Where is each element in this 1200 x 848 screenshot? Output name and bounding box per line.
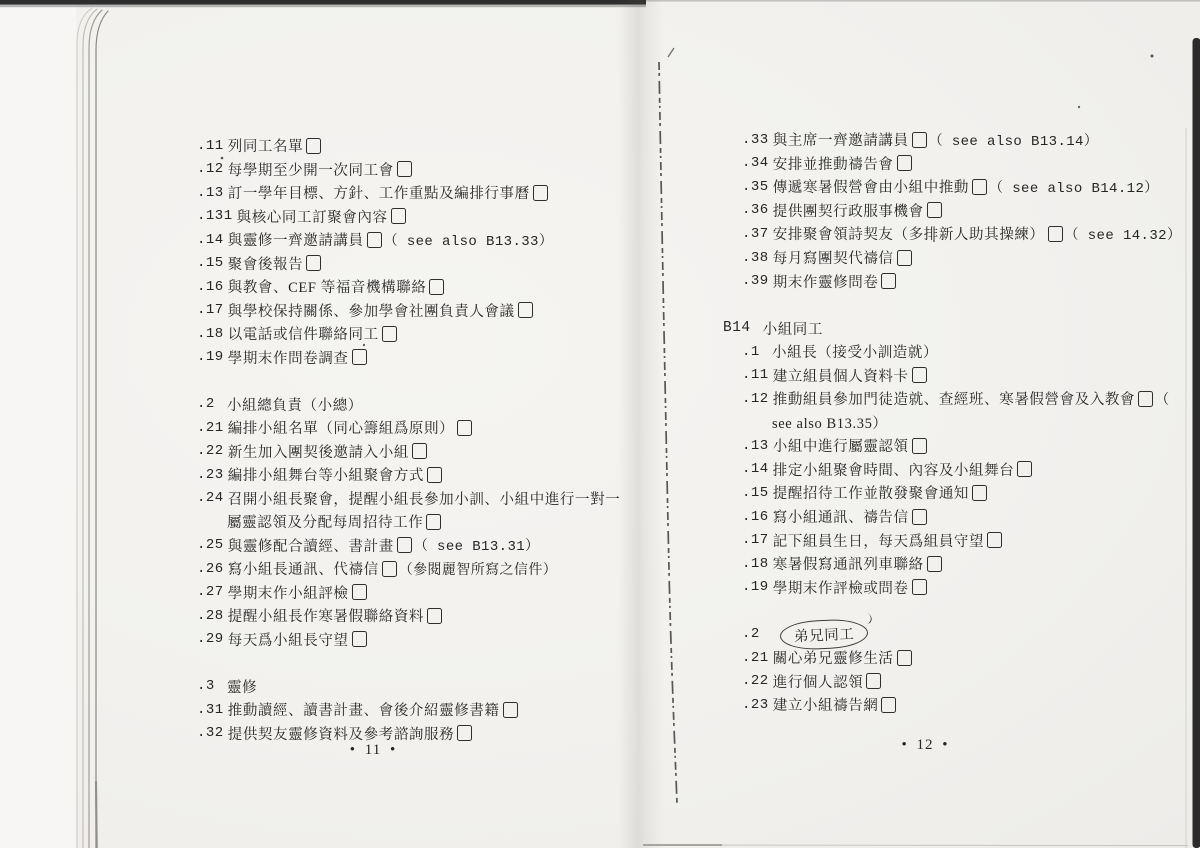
list-row: .3靈修 (197, 675, 620, 699)
item-number: .19 (197, 349, 224, 365)
list-row: .131與核心同工訂聚會內容 (197, 205, 620, 229)
item-text: 推動組員參加門徒造就、查經班、寒暑假營會及入教會 (773, 388, 1135, 409)
item-number: .15 (742, 485, 769, 501)
list-row: .12推動組員參加門徒造就、查經班、寒暑假營會及入教會（ (742, 387, 1181, 411)
item-number: .22 (742, 673, 769, 689)
item-text: 建立小組禱告網 (773, 694, 879, 715)
checkbox (897, 650, 912, 666)
item-text: 小組總負責（小總） (227, 394, 363, 415)
checkbox (352, 631, 367, 647)
list-row: .38每月寫團契代禱信 (742, 246, 1181, 270)
checkbox (457, 725, 472, 741)
item-number: .21 (742, 650, 769, 666)
list-row: .18以電話或信件聯絡同工 (197, 322, 620, 346)
item-text: 與靈修一齊邀請講員 (228, 229, 364, 250)
list-row: .37安排聚會領詩契友（多排新人助其操練）（ see 14.32） (742, 222, 1181, 246)
item-text: 期末作靈修問卷 (773, 271, 879, 292)
item-text: 推動讀經、讀書計畫、會後介紹靈修書籍 (228, 699, 500, 720)
item-number: .2 (742, 626, 768, 642)
item-number: .11 (742, 367, 769, 383)
item-text: 以電話或信件聯絡同工 (228, 323, 379, 344)
list-row: .13訂一學年目標、方針、工作重點及編排行事曆 (197, 181, 620, 205)
checkbox (397, 161, 412, 177)
gutter-shadow (618, 0, 664, 848)
item-text: 寫小組長通訊、代禱信 (228, 558, 379, 579)
list-row: .22新生加入團契後邀請入小組 (197, 440, 620, 464)
item-number: .15 (197, 255, 224, 271)
list-row: .16寫小組通訊、禱告信 (742, 505, 1181, 529)
scanner-edge-right (1186, 38, 1200, 848)
checkbox (897, 155, 912, 171)
checkbox (1138, 391, 1153, 407)
item-number: .11 (197, 138, 224, 154)
item-number: .21 (197, 420, 224, 436)
item-text: 學期末作小組評檢 (228, 582, 349, 603)
item-text: 編排小組舞台等小組聚會方式 (228, 464, 424, 485)
item-number: .16 (742, 509, 769, 525)
cross-reference: （ see also B13.33） (384, 230, 554, 250)
item-text: 提供團契行政服事機會 (773, 200, 924, 221)
item-text: 關心弟兄靈修生活 (773, 647, 894, 668)
list-row: .27學期末作小組評檢 (197, 581, 620, 605)
list-row: .19學期末作問卷調查 (197, 346, 620, 370)
checkbox (1017, 461, 1032, 477)
item-number: .29 (197, 631, 224, 647)
section-heading-row: B14小組同工 (723, 316, 1181, 340)
item-text: 小組同工 (763, 318, 823, 339)
top-edge-line (0, 0, 1200, 2)
list-row: .15提醒招待工作並散發聚會通知 (742, 481, 1181, 505)
item-text: 學期末作問卷調查 (228, 347, 349, 368)
list-row: see also B13.35） (742, 411, 1181, 435)
item-number: .36 (742, 202, 769, 218)
checkbox (1048, 226, 1063, 242)
list-row: .17記下組員生日，每天爲組員守望 (742, 528, 1181, 552)
item-number: B14 (723, 320, 751, 336)
checkbox (397, 537, 412, 553)
checkbox (503, 702, 518, 718)
checkbox (533, 185, 548, 201)
item-text: 寒暑假寫通訊列車聯絡 (773, 553, 924, 574)
list-row: .14與靈修一齊邀請講員（ see also B13.33） (197, 228, 620, 252)
item-number: .25 (197, 537, 224, 553)
list-row: 屬靈認領及分配每周招待工作 (197, 510, 620, 534)
item-text: 安排並推動禱告會 (773, 153, 894, 174)
page-number-right: • 12 • (855, 737, 995, 754)
list-row: .17與學校保持關係、參加學會社團負責人會議 (197, 299, 620, 323)
item-number: .13 (742, 438, 769, 454)
item-text: 進行個人認領 (773, 671, 864, 692)
checkbox (426, 514, 441, 530)
list-row: .11列同工名單 (197, 134, 620, 158)
item-text: 提供契友靈修資料及參考諮詢服務 (228, 723, 455, 744)
checkbox (412, 443, 427, 459)
item-number: .23 (742, 697, 769, 713)
item-text: 與核心同工訂聚會內容 (237, 206, 388, 227)
item-text: 每月寫團契代禱信 (773, 247, 894, 268)
checkbox (866, 673, 881, 689)
checklist-right: .33與主席一齊邀請講員（ see also B13.14）.34安排並推動禱告… (742, 128, 1181, 717)
list-row: .21編排小組名單（同心籌組爲原則） (197, 416, 620, 440)
item-number: .18 (742, 556, 769, 572)
checkbox (352, 349, 367, 365)
checkbox (927, 556, 942, 572)
item-text: 編排小組名單（同心籌組爲原則） (228, 417, 455, 438)
cross-reference: （ see 14.32） (1065, 224, 1182, 244)
page-number-left: • 11 • (303, 742, 443, 759)
item-number: .17 (742, 532, 769, 548)
list-row: .23編排小組舞台等小組聚會方式 (197, 463, 620, 487)
checkbox (912, 438, 927, 454)
item-number: .28 (197, 608, 224, 624)
list-row: .36提供團契行政服事機會 (742, 199, 1181, 223)
item-text: 與主席一齊邀請講員 (773, 129, 909, 150)
list-row: .12每學期至少開一次同工會 (197, 158, 620, 182)
checkbox (429, 279, 444, 295)
checkbox (912, 509, 927, 525)
item-number: .17 (197, 302, 224, 318)
checkbox (457, 420, 472, 436)
item-number: .12 (742, 391, 769, 407)
checkbox (897, 250, 912, 266)
item-text: 靈修 (227, 676, 257, 697)
item-text: 小組中進行屬靈認領 (773, 435, 909, 456)
item-text: 提醒小組長作寒暑假聯絡資料 (228, 605, 424, 626)
item-text: see also B13.35） (772, 412, 888, 433)
checkbox (367, 232, 382, 248)
checkbox (382, 326, 397, 342)
cross-reference: （參閱麗智所寫之信件） (399, 559, 557, 579)
item-text: 學期末作評檢或問卷 (773, 577, 909, 598)
item-text: 每天爲小組長守望 (228, 629, 349, 650)
scan-bed-left (0, 0, 76, 848)
item-number: .2 (197, 396, 223, 412)
list-row: .31推動讀經、讀書計畫、會後介紹靈修書籍 (197, 698, 620, 722)
blank-row (742, 293, 1181, 317)
item-text: 列同工名單 (228, 135, 304, 156)
item-text: 寫小組通訊、禱告信 (773, 506, 909, 527)
item-number: .32 (197, 725, 224, 741)
checkbox (427, 608, 442, 624)
item-number: .31 (197, 702, 224, 718)
list-row: .25與靈修配合讀經、書計畫（ see B13.31） (197, 534, 620, 558)
item-number: .24 (197, 490, 224, 506)
checkbox (972, 179, 987, 195)
checkbox (972, 485, 987, 501)
checkbox (306, 138, 321, 154)
cross-reference: （ (1155, 389, 1169, 409)
list-row: .26寫小組長通訊、代禱信（參閱麗智所寫之信件） (197, 557, 620, 581)
checkbox (987, 532, 1002, 548)
item-text: 排定小組聚會時間、內容及小組舞台 (773, 459, 1015, 480)
item-number: .131 (197, 208, 233, 224)
item-number: .16 (197, 279, 224, 295)
item-number: .1 (742, 344, 768, 360)
item-number: .37 (742, 226, 769, 242)
checklist-left: .11列同工名單.12每學期至少開一次同工會.13訂一學年目標、方針、工作重點及… (197, 134, 620, 745)
blank-row (197, 651, 620, 675)
checkbox (352, 584, 367, 600)
item-number: .13 (197, 185, 224, 201)
list-row: .13小組中進行屬靈認領 (742, 434, 1181, 458)
item-number: .33 (742, 132, 769, 148)
item-text: 與靈修配合讀經、書計畫 (228, 535, 394, 556)
top-scan-bar (0, 0, 646, 5)
item-number: .34 (742, 155, 769, 171)
list-row: .29每天爲小組長守望 (197, 628, 620, 652)
list-row: .23建立小組禱告網 (742, 693, 1181, 717)
checkbox (518, 302, 533, 318)
list-row: .18寒暑假寫通訊列車聯絡 (742, 552, 1181, 576)
bottom-page-edge (643, 845, 1188, 846)
checkbox (927, 202, 942, 218)
list-row: .11建立組員個人資料卡 (742, 363, 1181, 387)
item-text: 屬靈認領及分配每周招待工作 (227, 511, 423, 532)
list-row: .14排定小組聚會時間、內容及小組舞台 (742, 458, 1181, 482)
item-text: 與教會、CEF 等福音機構聯絡 (228, 276, 427, 297)
blank-row (197, 369, 620, 393)
checkbox (391, 208, 406, 224)
list-row: .2小組總負責（小總） (197, 393, 620, 417)
list-row: .1小組長（接受小訓造就） (742, 340, 1181, 364)
item-text: 與學校保持關係、參加學會社團負責人會議 (228, 300, 515, 321)
book-scan: .11列同工名單.12每學期至少開一次同工會.13訂一學年目標、方針、工作重點及… (0, 0, 1200, 848)
item-text: 聚會後報告 (228, 253, 304, 274)
item-text: 安排聚會領詩契友（多排新人助其操練） (773, 223, 1045, 244)
item-number: .14 (197, 232, 224, 248)
list-row: .24召開小組長聚會，提醒小組長參加小訓、小組中進行一對一 (197, 487, 620, 511)
list-row: .15聚會後報告 (197, 252, 620, 276)
item-text: 新生加入團契後邀請入小組 (228, 441, 409, 462)
item-text: 提醒招待工作並散發聚會通知 (773, 482, 969, 503)
checkbox (382, 561, 397, 577)
list-row: .2弟兄同工 (742, 622, 1181, 646)
item-number: .38 (742, 250, 769, 266)
item-number: .39 (742, 273, 769, 289)
blank-row (742, 599, 1181, 623)
item-text: 建立組員個人資料卡 (773, 365, 909, 386)
list-row: .33與主席一齊邀請講員（ see also B13.14） (742, 128, 1181, 152)
item-text: 召開小組長聚會，提醒小組長參加小訓、小組中進行一對一 (228, 488, 621, 509)
checkbox (306, 255, 321, 271)
list-row: .19學期末作評檢或問卷 (742, 575, 1181, 599)
item-number: .3 (197, 678, 223, 694)
item-text: 記下組員生日，每天爲組員守望 (773, 530, 984, 551)
item-number: .26 (197, 561, 224, 577)
item-text: 小組長（接受小訓造就） (772, 341, 938, 362)
item-number: .22 (197, 443, 224, 459)
checkbox (881, 697, 896, 713)
item-number: .27 (197, 584, 224, 600)
item-number: .23 (197, 467, 224, 483)
cross-reference: （ see B13.31） (414, 535, 540, 555)
item-number: .12 (197, 161, 224, 177)
checkbox (912, 132, 927, 148)
checkbox (912, 367, 927, 383)
item-number: .35 (742, 179, 769, 195)
item-text: 訂一學年目標、方針、工作重點及編排行事曆 (228, 182, 530, 203)
list-row: .16與教會、CEF 等福音機構聯絡 (197, 275, 620, 299)
cross-reference: （ see also B13.14） (929, 130, 1099, 150)
list-row: .39期末作靈修問卷 (742, 269, 1181, 293)
list-row: .34安排並推動禱告會 (742, 152, 1181, 176)
list-row: .28提醒小組長作寒暑假聯絡資料 (197, 604, 620, 628)
cross-reference: （ see also B14.12） (989, 177, 1159, 197)
checkbox (881, 273, 896, 289)
list-row: .35傳遞寒暑假營會由小組中推動（ see also B14.12） (742, 175, 1181, 199)
spine-crease (659, 48, 677, 803)
item-number: .14 (742, 461, 769, 477)
checkbox (912, 579, 927, 595)
item-text: 每學期至少開一次同工會 (228, 159, 394, 180)
item-number: .19 (742, 579, 769, 595)
list-row: .21關心弟兄靈修生活 (742, 646, 1181, 670)
checkbox (427, 467, 442, 483)
item-text: 傳遞寒暑假營會由小組中推動 (773, 176, 969, 197)
item-number: .18 (197, 326, 224, 342)
list-row: .22進行個人認領 (742, 670, 1181, 694)
page-edge-lines (77, 8, 108, 848)
